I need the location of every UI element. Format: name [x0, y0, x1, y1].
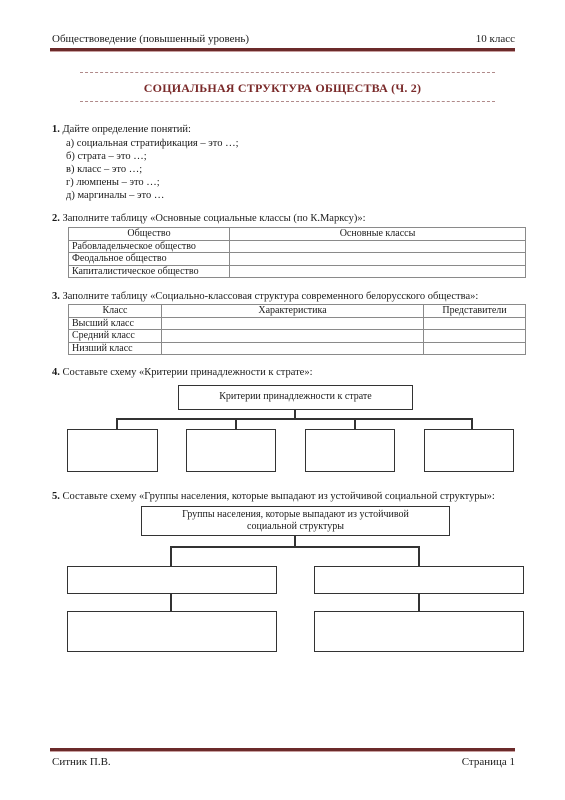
- group-level1-box[interactable]: [67, 566, 277, 594]
- connector-line: [170, 593, 172, 612]
- group-level2-box[interactable]: [67, 611, 277, 652]
- table-row: Низший класс: [69, 342, 526, 355]
- table-row: Капиталистическое общество: [69, 265, 526, 278]
- table-cell-blank[interactable]: [230, 265, 526, 278]
- criteria-child-box[interactable]: [186, 429, 276, 472]
- title-bottom-rule: [80, 101, 495, 102]
- column-header: Класс: [69, 305, 162, 318]
- table-cell-blank[interactable]: [424, 342, 526, 355]
- q1-item: г) люмпены – это …;: [66, 177, 160, 188]
- connector-line: [116, 418, 472, 420]
- question-1-number: 1.: [52, 124, 60, 135]
- table-cell: Средний класс: [69, 330, 162, 343]
- table-row: Средний класс: [69, 330, 526, 343]
- table-cell: Рабовладельческое общество: [69, 240, 230, 253]
- column-header: Представители: [424, 305, 526, 318]
- table-cell-blank[interactable]: [162, 317, 424, 330]
- table-cell: Феодальное общество: [69, 253, 230, 266]
- table-header-row: Общество Основные классы: [69, 228, 526, 241]
- table-cell-blank[interactable]: [230, 253, 526, 266]
- table-cell: Низший класс: [69, 342, 162, 355]
- table-cell: Капиталистическое общество: [69, 265, 230, 278]
- group-level2-box[interactable]: [314, 611, 524, 652]
- column-header: Основные классы: [230, 228, 526, 241]
- column-header: Общество: [69, 228, 230, 241]
- groups-root-box: Группы населения, которые выпадают из ус…: [141, 506, 450, 536]
- groups-root-line-1: Группы населения, которые выпадают из ус…: [142, 509, 449, 521]
- page-title: СОЦИАЛЬНАЯ СТРУКТУРА ОБЩЕСТВА (Ч. 2): [0, 81, 565, 96]
- header-grade: 10 класс: [476, 33, 515, 45]
- question-2-text: Заполните таблицу «Основные социальные к…: [63, 213, 366, 224]
- header-subject: Обществоведение (повышенный уровень): [52, 33, 249, 45]
- table-row: Феодальное общество: [69, 253, 526, 266]
- question-4: 4. Составьте схему «Критерии принадлежно…: [52, 367, 313, 378]
- table-cell: Высший класс: [69, 317, 162, 330]
- criteria-child-box[interactable]: [305, 429, 395, 472]
- connector-line: [170, 546, 172, 567]
- footer-page-number: Страница 1: [462, 756, 515, 768]
- question-3: 3. Заполните таблицу «Социально-классова…: [52, 291, 478, 302]
- footer-divider: [50, 748, 515, 752]
- q1-item: а) социальная стратификация – это …;: [66, 138, 239, 149]
- question-3-number: 3.: [52, 291, 60, 302]
- connector-line: [418, 546, 420, 567]
- groups-root-line-2: социальной структуры: [142, 521, 449, 533]
- column-header: Характеристика: [162, 305, 424, 318]
- table-row: Рабовладельческое общество: [69, 240, 526, 253]
- table-cell-blank[interactable]: [162, 330, 424, 343]
- table-cell-blank[interactable]: [424, 330, 526, 343]
- marx-classes-table: Общество Основные классы Рабовладельческ…: [68, 227, 526, 278]
- connector-line: [170, 546, 419, 548]
- question-1-text: Дайте определение понятий:: [63, 124, 191, 135]
- footer-author: Ситник П.В.: [52, 756, 111, 768]
- question-4-number: 4.: [52, 367, 60, 378]
- question-4-text: Составьте схему «Критерии принадлежности…: [63, 367, 313, 378]
- group-level1-box[interactable]: [314, 566, 524, 594]
- belarus-class-table: Класс Характеристика Представители Высши…: [68, 304, 526, 355]
- table-row: Высший класс: [69, 317, 526, 330]
- criteria-child-box[interactable]: [424, 429, 514, 472]
- table-cell-blank[interactable]: [162, 342, 424, 355]
- question-5-number: 5.: [52, 491, 60, 502]
- table-header-row: Класс Характеристика Представители: [69, 305, 526, 318]
- criteria-root-box: Критерии принадлежности к страте: [178, 385, 413, 410]
- connector-line: [418, 593, 420, 612]
- question-2-number: 2.: [52, 213, 60, 224]
- header-divider: [50, 48, 515, 52]
- question-1: 1. Дайте определение понятий:: [52, 124, 191, 135]
- criteria-child-box[interactable]: [67, 429, 158, 472]
- q1-item: д) маргиналы – это …: [66, 190, 164, 201]
- question-5-text: Составьте схему «Группы населения, котор…: [63, 491, 495, 502]
- question-2: 2. Заполните таблицу «Основные социальны…: [52, 213, 366, 224]
- table-cell-blank[interactable]: [424, 317, 526, 330]
- title-top-rule: [80, 72, 495, 73]
- q1-item: б) страта – это …;: [66, 151, 147, 162]
- table-cell-blank[interactable]: [230, 240, 526, 253]
- question-3-text: Заполните таблицу «Социально-классовая с…: [63, 291, 479, 302]
- q1-item: в) класс – это …;: [66, 164, 142, 175]
- question-5: 5. Составьте схему «Группы населения, ко…: [52, 491, 495, 502]
